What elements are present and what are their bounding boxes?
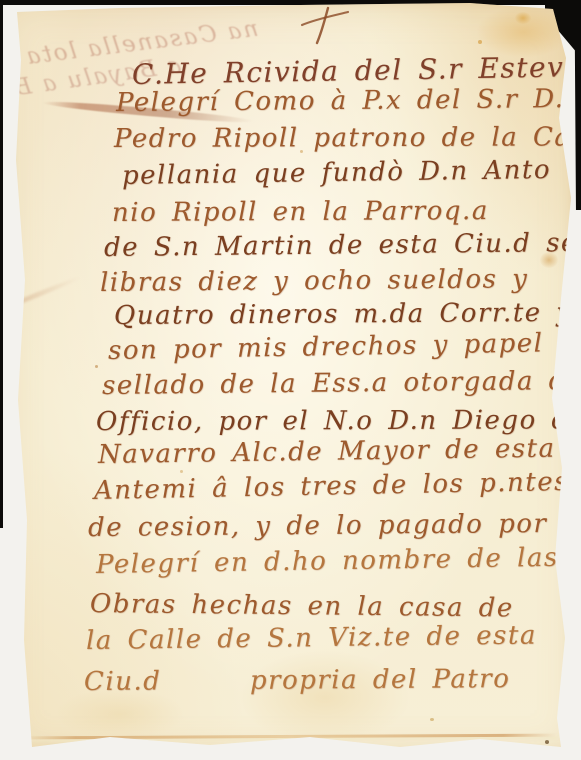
paper-speck (478, 40, 482, 44)
manuscript-line-4: pellania que fundò D.n Anto (122, 155, 551, 191)
manuscript-line-18: Ciu.d propria del Patro (84, 664, 510, 697)
paper-stain (515, 12, 531, 24)
manuscript-line-5: nio Ripoll en la Parroq.a (112, 196, 489, 228)
manuscript-line-12: Navarro Alc.de Mayor de esta Ciu. (98, 433, 581, 470)
paper-speck (430, 718, 434, 721)
manuscript-line-10: sellado de la Ess.a otorgada de (102, 366, 581, 401)
manuscript-line-15: Pelegrí en d.ho nombre de las (96, 543, 559, 580)
ink-smudge (0, 275, 82, 314)
manuscript-line-8: Quatro dineros m.da Corr.te y (114, 298, 573, 331)
manuscript-line-6: de S.n Martin de esta Ciu.d seis (104, 228, 581, 263)
manuscript-line-9: son por mis drechos y papel (108, 328, 544, 366)
manuscript-line-7: libras diez y ocho sueldos y (100, 264, 529, 298)
scanned-manuscript-photo: na Casanella lota a Bayalu a B C.He Rciv… (0, 0, 581, 760)
manuscript-line-17: la Calle de S.n Viz.te de esta (86, 620, 537, 656)
manuscript-line-11: Officio, por el N.o D.n Diego de (96, 405, 581, 437)
manuscript-page: na Casanella lota a Bayalu a B C.He Rciv… (0, 0, 581, 760)
manuscript-line-2: Pelegrí Como à P.x del S.r D.n (116, 84, 581, 118)
manuscript-line-16: Obras hechas en la casa de (90, 589, 514, 623)
paper-speck (95, 365, 98, 368)
manuscript-line-14: de cesion, y de lo pagado por d.ho (88, 508, 581, 543)
manuscript-line-3: Pedro Ripoll patrono de la Ca (114, 122, 572, 154)
scan-frame-top (0, 0, 581, 5)
scan-frame-left (0, 0, 3, 528)
paper-speck (180, 470, 183, 473)
paper-speck (545, 740, 549, 744)
manuscript-line-13: Antemi â los tres de los p.ntes (94, 467, 570, 506)
cross-mark-icon (298, 4, 352, 48)
